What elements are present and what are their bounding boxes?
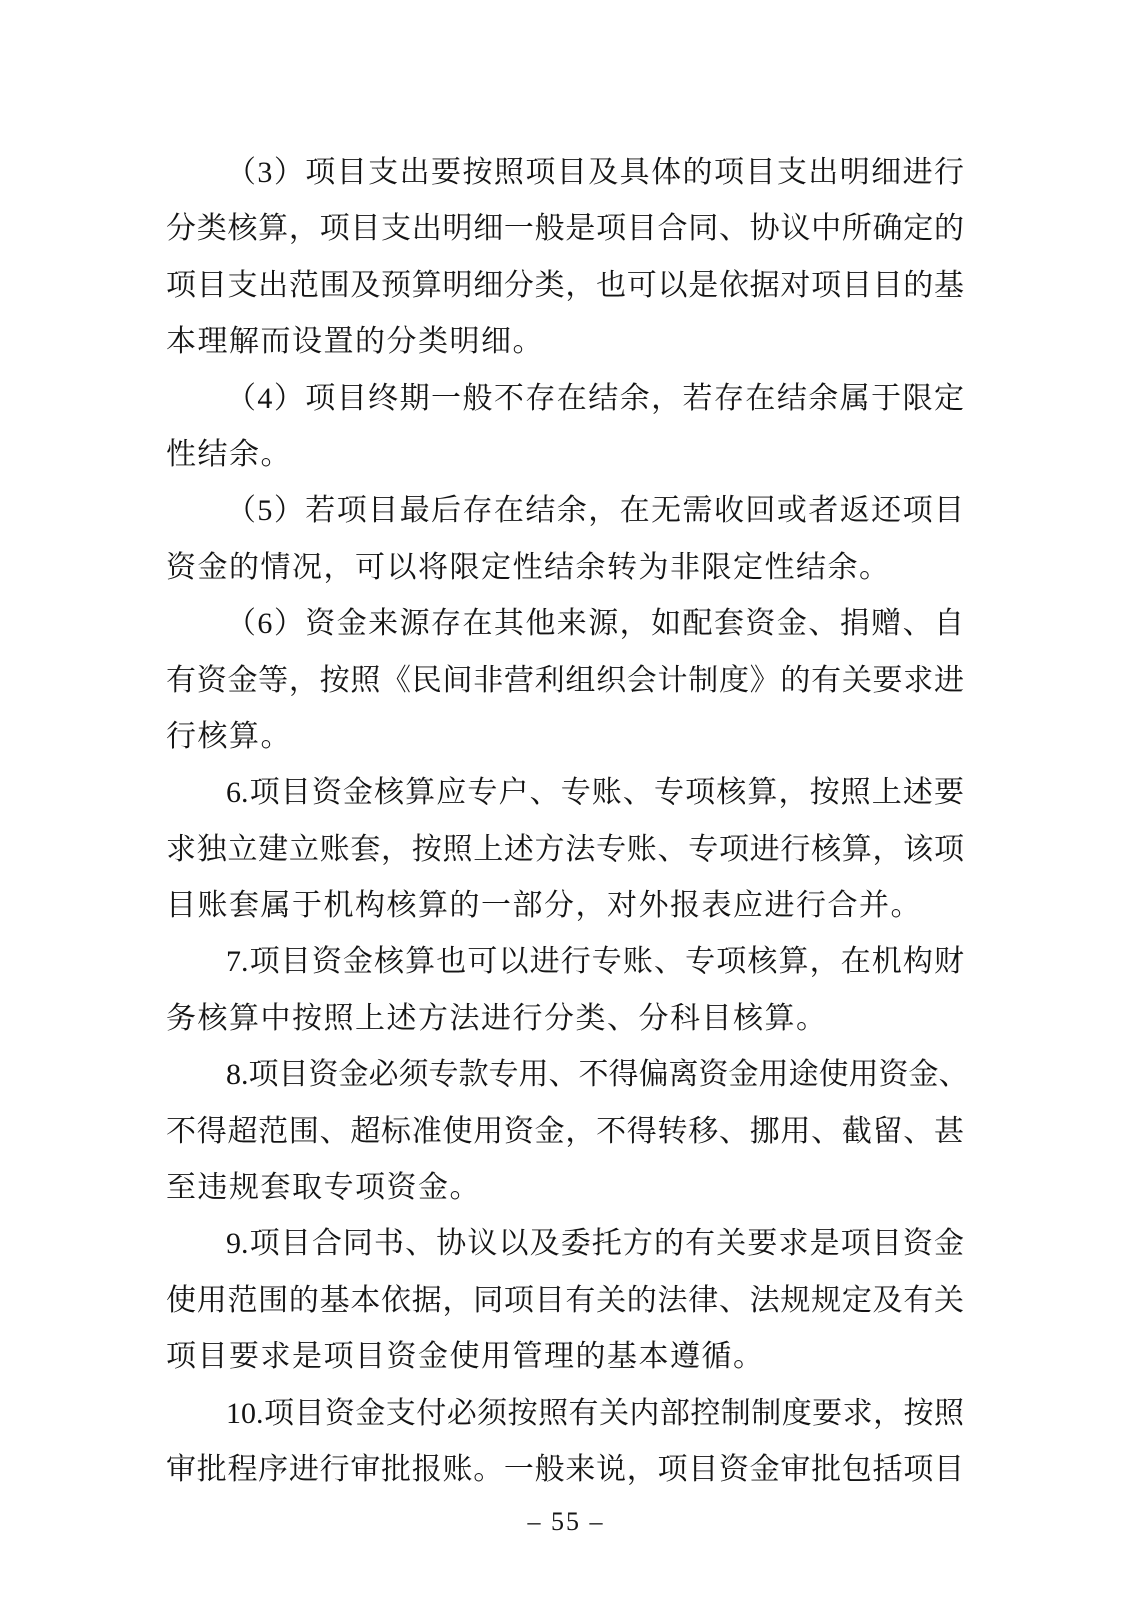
text-line: 目账套属于机构核算的一部分，对外报表应进行合并。	[166, 878, 964, 934]
text-line: 资金的情况，可以将限定性结余转为非限定性结余。	[166, 540, 964, 596]
text-line: 项目支出范围及预算明细分类，也可以是依据对项目目的基	[166, 258, 964, 314]
text-line: 行核算。	[166, 709, 964, 765]
page-number: – 55 –	[0, 1502, 1132, 1542]
text-block: （3）项目支出要按照项目及具体的项目支出明细进行分类核算，项目支出明细一般是项目…	[166, 145, 964, 1498]
text-line: 有资金等，按照《民间非营利组织会计制度》的有关要求进	[166, 653, 964, 709]
text-line: 8.项目资金必须专款专用、不得偏离资金用途使用资金、	[166, 1047, 964, 1103]
text-line: 不得超范围、超标准使用资金，不得转移、挪用、截留、甚	[166, 1104, 964, 1160]
paragraph-item-5: （5）若项目最后存在结余，在无需收回或者返还项目资金的情况，可以将限定性结余转为…	[166, 483, 964, 596]
text-line: 9.项目合同书、协议以及委托方的有关要求是项目资金	[166, 1216, 964, 1272]
text-line: 审批程序进行审批报账。一般来说，项目资金审批包括项目	[166, 1442, 964, 1498]
text-line: 性结余。	[166, 427, 964, 483]
text-line: 6.项目资金核算应专户、专账、专项核算，按照上述要	[166, 765, 964, 821]
paragraph-clause-8: 8.项目资金必须专款专用、不得偏离资金用途使用资金、不得超范围、超标准使用资金，…	[166, 1047, 964, 1216]
text-line: 本理解而设置的分类明细。	[166, 314, 964, 370]
paragraph-item-3: （3）项目支出要按照项目及具体的项目支出明细进行分类核算，项目支出明细一般是项目…	[166, 145, 964, 371]
text-line: 务核算中按照上述方法进行分类、分科目核算。	[166, 991, 964, 1047]
text-line: （6）资金来源存在其他来源，如配套资金、捐赠、自	[166, 596, 964, 652]
text-line: 7.项目资金核算也可以进行专账、专项核算，在机构财	[166, 934, 964, 990]
text-line: 使用范围的基本依据，同项目有关的法律、法规规定及有关	[166, 1273, 964, 1329]
text-line: 求独立建立账套，按照上述方法专账、专项进行核算，该项	[166, 822, 964, 878]
text-line: 至违规套取专项资金。	[166, 1160, 964, 1216]
paragraph-item-6-paren: （6）资金来源存在其他来源，如配套资金、捐赠、自有资金等，按照《民间非营利组织会…	[166, 596, 964, 765]
text-line: 项目要求是项目资金使用管理的基本遵循。	[166, 1329, 964, 1385]
document-page: （3）项目支出要按照项目及具体的项目支出明细进行分类核算，项目支出明细一般是项目…	[0, 0, 1132, 1600]
text-line: （3）项目支出要按照项目及具体的项目支出明细进行	[166, 145, 964, 201]
paragraph-clause-9: 9.项目合同书、协议以及委托方的有关要求是项目资金使用范围的基本依据，同项目有关…	[166, 1216, 964, 1385]
text-line: 10.项目资金支付必须按照有关内部控制制度要求，按照	[166, 1386, 964, 1442]
text-line: 分类核算，项目支出明细一般是项目合同、协议中所确定的	[166, 201, 964, 257]
text-line: （5）若项目最后存在结余，在无需收回或者返还项目	[166, 483, 964, 539]
paragraph-clause-7: 7.项目资金核算也可以进行专账、专项核算，在机构财务核算中按照上述方法进行分类、…	[166, 934, 964, 1047]
paragraph-item-4: （4）项目终期一般不存在结余，若存在结余属于限定性结余。	[166, 371, 964, 484]
paragraph-clause-10: 10.项目资金支付必须按照有关内部控制制度要求，按照审批程序进行审批报账。一般来…	[166, 1386, 964, 1499]
paragraph-clause-6: 6.项目资金核算应专户、专账、专项核算，按照上述要求独立建立账套，按照上述方法专…	[166, 765, 964, 934]
text-line: （4）项目终期一般不存在结余，若存在结余属于限定	[166, 371, 964, 427]
